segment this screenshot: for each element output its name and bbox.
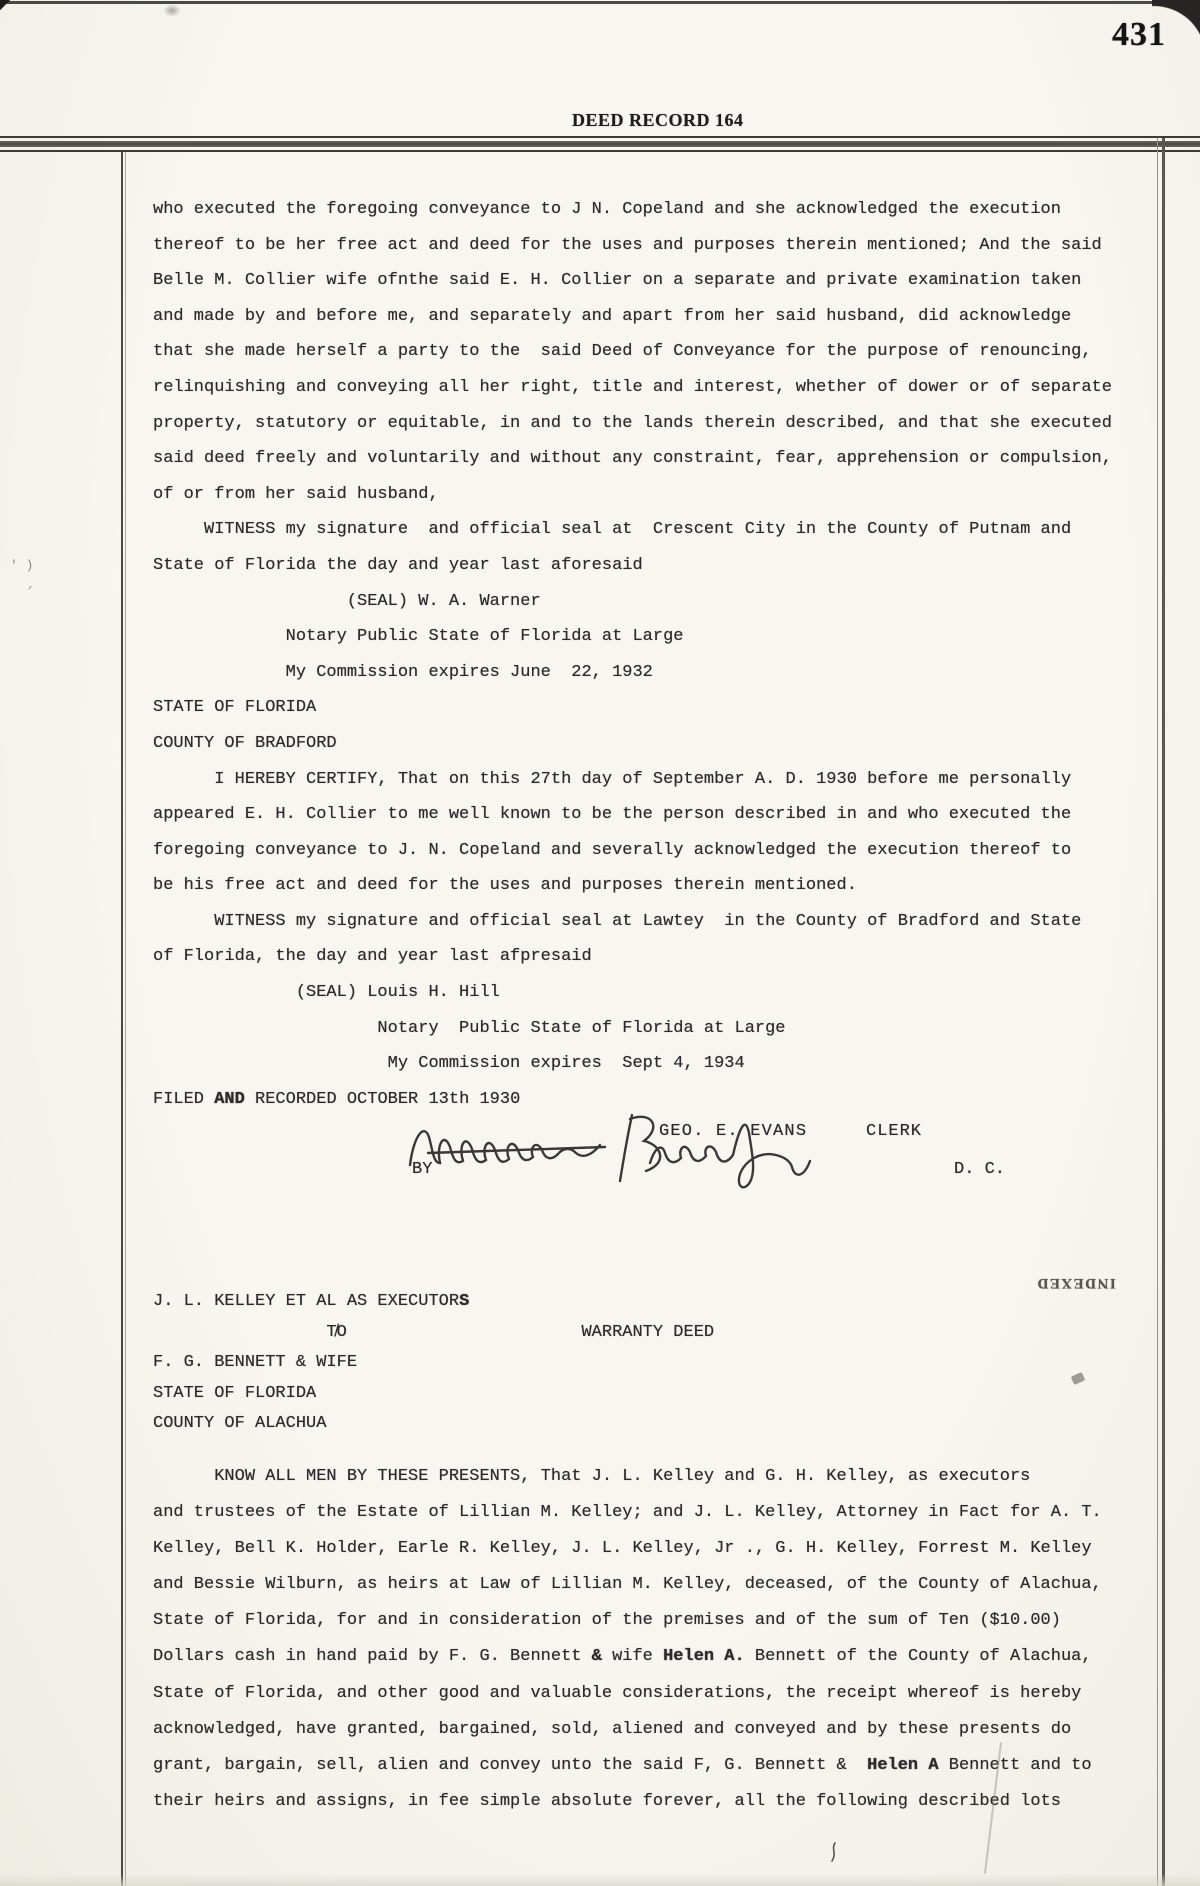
text-line: COUNTY OF ALACHUA [153,1409,714,1440]
deed-caption-block: J. L. KELLEY ET AL AS EXECUTORS T̸O WARR… [153,1287,714,1440]
text-line: WITNESS my signature and official seal a… [153,512,1112,548]
text-line: Belle M. Collier wife ofnthe said E. H. … [153,263,1112,299]
text-line: COUNTY OF BRADFORD [153,726,1112,762]
text-line: thereof to be her free act and deed for … [153,228,1112,264]
text-line: of Florida, the day and year last afpres… [153,939,1112,975]
right-margin-rule [1162,138,1165,1886]
text-line: T̸O WARRANTY DEED [153,1318,714,1349]
text-line: foregoing conveyance to J. N. Copeland a… [153,833,1112,869]
left-margin-rule [121,152,123,1886]
book-header: DEED RECORD 164 [572,110,744,131]
text-line: be his free act and deed for the uses an… [153,868,1112,904]
stamp-smudge-artifact [1071,1372,1086,1385]
text-line: their heirs and assigns, in fee simple a… [153,1784,1102,1820]
text-line: I HEREBY CERTIFY, That on this 27th day … [153,762,1112,798]
page-top-edge [0,1,1200,4]
text-line: (SEAL) W. A. Warner [153,584,1112,620]
text-line: Notary Public State of Florida at Large [153,619,1112,655]
text-line: Notary Public State of Florida at Large [153,1011,1112,1047]
text-line: WITNESS my signature and official seal a… [153,904,1112,940]
text-line: and trustees of the Estate of Lillian M.… [153,1495,1102,1531]
text-line: My Commission expires Sept 4, 1934 [153,1046,1112,1082]
text-line: Kelley, Bell K. Holder, Earle R. Kelley,… [153,1531,1102,1567]
page-number: 431 [1112,16,1166,54]
text-line: Dollars cash in hand paid by F. G. Benne… [153,1639,1102,1675]
text-line: acknowledged, have granted, bargained, s… [153,1712,1102,1748]
text-line: grant, bargain, sell, alien and convey u… [153,1748,1102,1784]
text-line: J. L. KELLEY ET AL AS EXECUTORS [153,1287,714,1318]
margin-mark-artifact: ' ) [10,558,33,573]
scan-dot-artifact [163,4,181,17]
text-line: (SEAL) Louis H. Hill [153,975,1112,1011]
pen-mark-artifact [828,1842,840,1862]
text-line: and Bessie Wilburn, as heirs at Law of L… [153,1567,1102,1603]
text-line: My Commission expires June 22, 1932 [153,655,1112,691]
header-rule-top [0,136,1200,138]
text-line: State of Florida, for and in considerati… [153,1603,1102,1639]
deed-body-block: KNOW ALL MEN BY THESE PRESENTS, That J. … [153,1459,1102,1820]
left-margin-rule-faint [125,152,126,1886]
scan-corner-artifact-left [0,0,20,12]
text-line: STATE OF FLORIDA [153,1379,714,1410]
text-line: KNOW ALL MEN BY THESE PRESENTS, That J. … [153,1459,1102,1495]
margin-mark-artifact: , [26,577,37,592]
header-rule-band [0,141,1200,147]
deputy-clerk-initials: D. C. [954,1160,1005,1179]
text-line: F. G. BENNETT & WIFE [153,1348,714,1379]
scan-bottom-shadow [0,1874,1200,1886]
acknowledgment-text-block: who executed the foregoing conveyance to… [153,192,1112,1117]
text-line: said deed freely and voluntarily and wit… [153,441,1112,477]
text-line: that she made herself a party to the sai… [153,334,1112,370]
text-line: STATE OF FLORIDA [153,690,1112,726]
text-line: State of Florida the day and year last a… [153,548,1112,584]
scanned-deed-page: 431 DEED RECORD 164 who executed the for… [0,0,1200,1886]
text-line: property, statutory or equitable, in and… [153,406,1112,442]
right-margin-rule-faint [1157,138,1158,1886]
text-line: relinquishing and conveying all her righ… [153,370,1112,406]
text-line: of or from her said husband, [153,477,1112,513]
clerk-title: CLERK [866,1122,922,1141]
indexed-stamp: INDEXED [1036,1274,1116,1291]
handwritten-signature [400,1103,820,1198]
header-rule-bottom [0,150,1200,152]
text-line: who executed the foregoing conveyance to… [153,192,1112,228]
text-line: State of Florida, and other good and val… [153,1676,1102,1712]
text-line: appeared E. H. Collier to me well known … [153,797,1112,833]
text-line: and made by and before me, and separatel… [153,299,1112,335]
